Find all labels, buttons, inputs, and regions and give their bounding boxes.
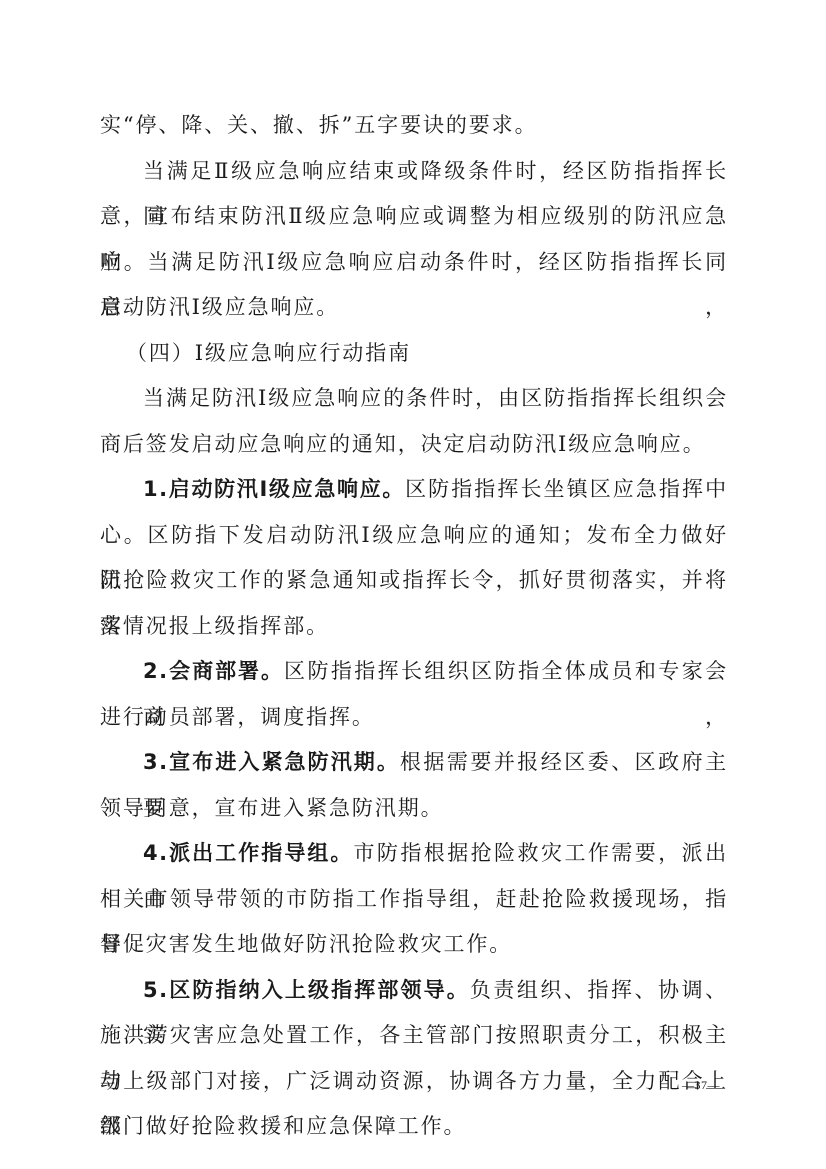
- text-line: 应。当满足防汛Ⅰ级应急响应启动条件时，经区防指指挥长同意，: [100, 240, 728, 286]
- item-title: 1.启动防汛Ⅰ级应急响应。: [143, 477, 405, 501]
- list-item-first-line: 5.区防指纳入上级指挥部领导。负责组织、指挥、协调、实: [100, 968, 728, 1014]
- text-line: 实情况报上级指挥部。: [100, 604, 728, 650]
- text-line: 领导同意，宣布进入紧急防汛期。: [100, 786, 728, 832]
- text-line: 施洪涝灾害应急处置工作，各主管部门按照职责分工，积极主动: [100, 1013, 728, 1059]
- document-page: 实“停、降、关、撤、拆”五字要诀的要求。 当满足Ⅱ级应急响应结束或降级条件时，经…: [100, 103, 728, 1150]
- text-line: 当满足Ⅱ级应急响应结束或降级条件时，经区防指指挥长同: [100, 149, 728, 195]
- list-item-first-line: 3.宣布进入紧急防汛期。根据需要并报经区委、区政府主要: [100, 740, 728, 786]
- list-item-first-line: 2.会商部署。区防指指挥长组织区防指全体成员和专家会商，: [100, 649, 728, 695]
- text-line: 当满足防汛Ⅰ级应急响应的条件时，由区防指指挥长组织会: [100, 376, 728, 422]
- text-line: 相关市领导带领的市防指工作指导组，赶赴抢险救援现场，指导: [100, 877, 728, 923]
- text-line: 与上级部门对接，广泛调动资源，协调各方力量，全力配合上级: [100, 1059, 728, 1105]
- list-item-first-line: 4.派出工作指导组。市防指根据抢险救灾工作需要，派出由: [100, 831, 728, 877]
- text-line: 部门做好抢险救援和应急保障工作。: [100, 1104, 728, 1150]
- item-title: 4.派出工作指导组。: [143, 841, 353, 865]
- section-heading: （四）Ⅰ级应急响应行动指南: [100, 331, 728, 377]
- item-text: 区防指指挥长坐镇区应急指挥中: [405, 477, 728, 501]
- item-title: 5.区防指纳入上级指挥部领导。: [143, 978, 470, 1002]
- text-line: 意，宣布结束防汛Ⅱ级应急响应或调整为相应级别的防汛应急响: [100, 194, 728, 240]
- page-number: —37—: [682, 1078, 720, 1093]
- text-line: 督促灾害发生地做好防汛抢险救灾工作。: [100, 922, 728, 968]
- text-line: 汛抢险救灾工作的紧急通知或指挥长令，抓好贯彻落实，并将落: [100, 558, 728, 604]
- text-line: 商后签发启动应急响应的通知，决定启动防汛Ⅰ级应急响应。: [100, 422, 728, 468]
- item-title: 3.宣布进入紧急防汛期。: [143, 750, 400, 774]
- text-line: 心。区防指下发启动防汛Ⅰ级应急响应的通知；发布全力做好防: [100, 513, 728, 559]
- item-title: 2.会商部署。: [143, 659, 284, 683]
- list-item-first-line: 1.启动防汛Ⅰ级应急响应。区防指指挥长坐镇区应急指挥中: [100, 467, 728, 513]
- text-line: 实“停、降、关、撤、拆”五字要诀的要求。: [100, 103, 728, 149]
